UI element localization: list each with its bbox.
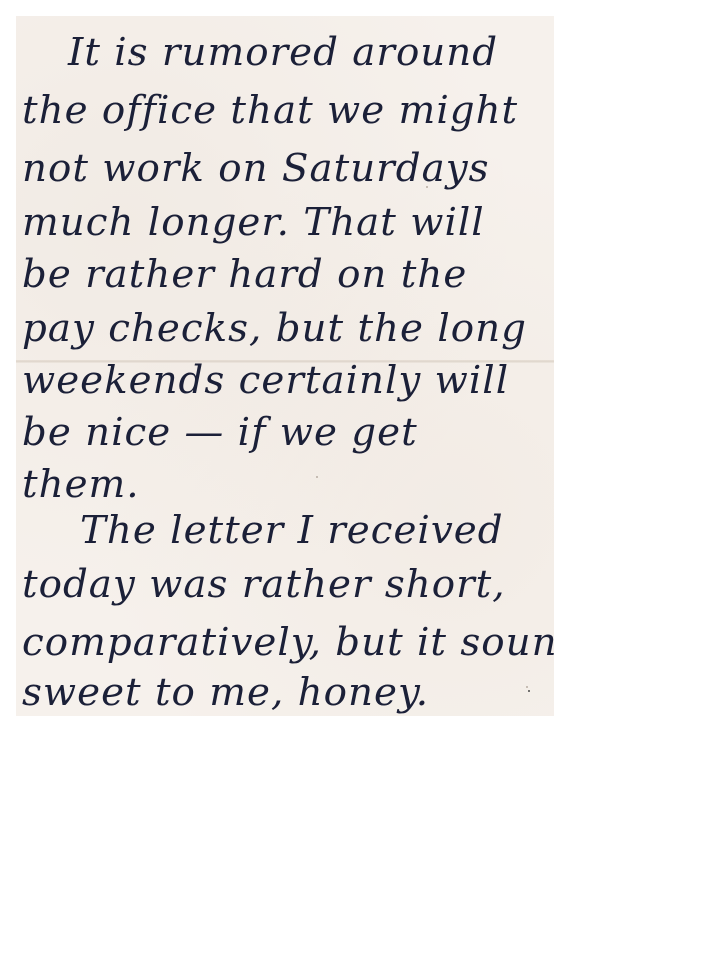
paper-speck	[426, 186, 428, 188]
letter-line: the office that we might	[22, 88, 518, 132]
letter-line: much longer. That will	[22, 200, 485, 244]
letter-line: It is rumored around	[68, 30, 498, 74]
letter-line: pay checks, but the long	[22, 306, 527, 350]
letter-line: comparatively, but it sounded	[22, 620, 554, 664]
paper-speck	[136, 56, 138, 58]
letter-line: them.	[22, 462, 140, 506]
paper-speck	[526, 686, 528, 688]
letter-line: not work on Saturdays	[22, 146, 490, 190]
letter-page: It is rumored around the office that we …	[16, 16, 554, 716]
paper-speck	[528, 690, 530, 692]
paper-speck	[316, 476, 318, 478]
letter-line: weekends certainly will	[22, 358, 509, 402]
letter-line: be nice — if we get	[22, 410, 418, 454]
letter-line: The letter I received	[80, 508, 504, 552]
letter-line: sweet to me, honey.	[22, 670, 429, 714]
letter-line: today was rather short,	[22, 562, 506, 606]
letter-line: be rather hard on the	[22, 252, 467, 296]
